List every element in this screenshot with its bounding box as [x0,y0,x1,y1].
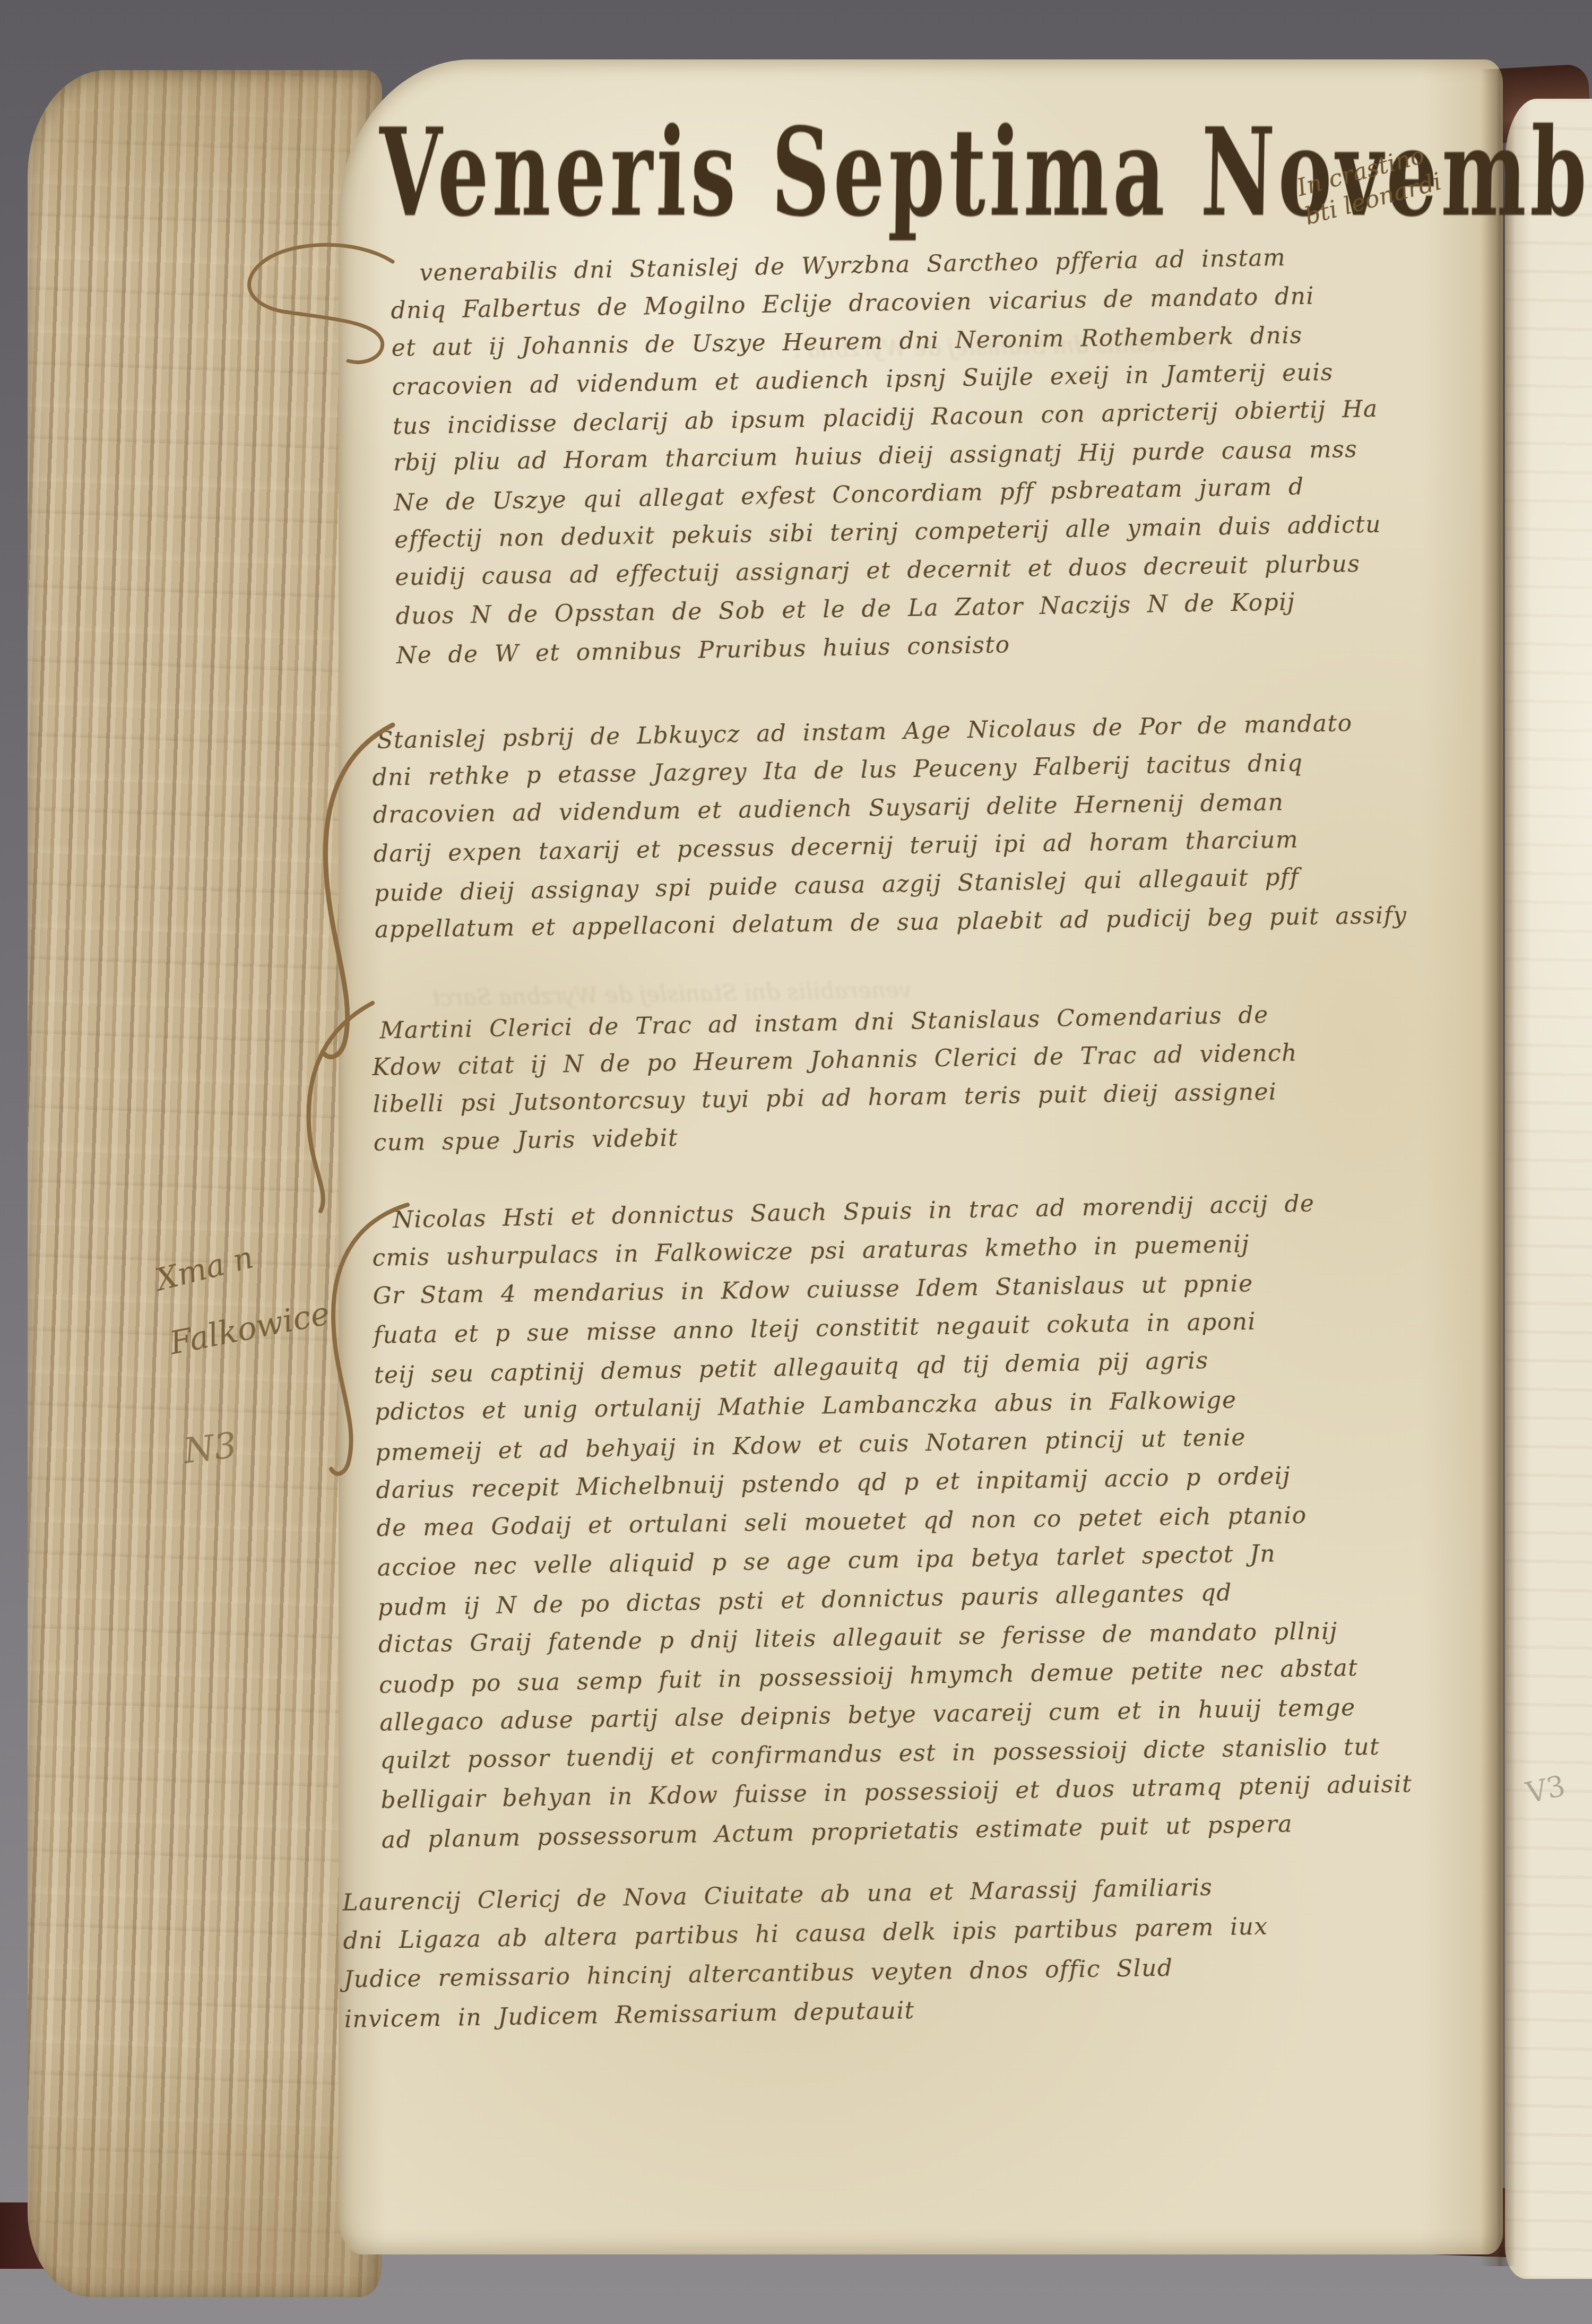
manuscript-paragraph: Stanislej psbrij de Lbkuycz ad instam Ag… [371,710,1407,955]
manuscript-paragraph: Nicolas Hsti et donnictus Sauch Spuis in… [371,1189,1413,1864]
manuscript-photo: { "photo": { "background_gray": "#6a686d… [0,0,1592,2324]
manuscript-paragraph: Martini Clerici de Trac ad instam dni St… [371,1002,1299,1167]
manuscript-paragraph: Laurencij Clericj de Nova Ciuitate ab un… [342,1874,1270,2045]
initial-flourish-entry-1 [223,232,403,392]
gutter-shadow [1481,69,1516,2266]
next-folio-edge [1505,99,1592,2279]
initial-flourish-entry-3 [293,997,386,1220]
manuscript-paragraph: venerabilis dni Stanislej de Wyrzbna Sar… [390,244,1383,679]
margin-annotation-note: N3 [181,1424,239,1472]
page-heading: Veneris Septima Novembr [378,105,1335,240]
initial-flourish-entry-4 [317,1198,423,1480]
